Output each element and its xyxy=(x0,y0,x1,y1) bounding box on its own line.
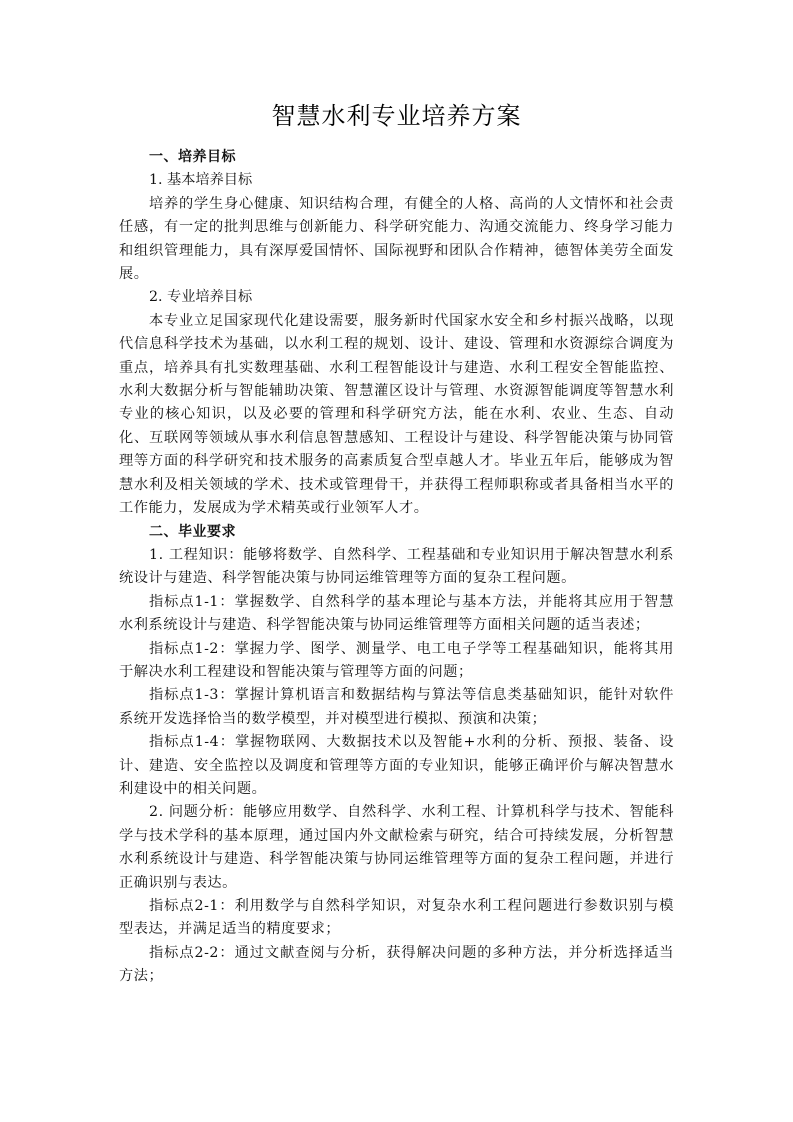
document-page: 智慧水利专业培养方案 一、培养目标 1. 基本培养目标 培养的学生身心健康、知识… xyxy=(119,100,674,989)
paragraph-professional-goals: 本专业立足国家现代化建设需要，服务新时代国家水安全和乡村振兴战略，以现代信息科学… xyxy=(119,310,674,521)
subheading-professional-goals: 2. 专业培养目标 xyxy=(119,286,674,309)
indicator-1-3: 指标点1-3：掌握计算机语言和数据结构与算法等信息类基础知识，能针对软件系统开发… xyxy=(119,684,674,731)
indicator-1-4: 指标点1-4：掌握物联网、大数据技术以及智能+水利的分析、预报、装备、设计、建造… xyxy=(119,731,674,801)
paragraph-problem-analysis: 2. 问题分析：能够应用数学、自然科学、水利工程、计算机科学与技术、智能科学与技… xyxy=(119,801,674,895)
section-heading-graduation-requirements: 二、毕业要求 xyxy=(119,521,674,544)
subheading-basic-goals: 1. 基本培养目标 xyxy=(119,169,674,192)
paragraph-engineering-knowledge: 1. 工程知识：能够将数学、自然科学、工程基础和专业知识用于解决智慧水利系统设计… xyxy=(119,544,674,591)
indicator-2-2: 指标点2-2：通过文献查阅与分析，获得解决问题的多种方法，并分析选择适当方法； xyxy=(119,942,674,989)
document-title: 智慧水利专业培养方案 xyxy=(119,100,674,132)
indicator-1-1: 指标点1-1：掌握数学、自然科学的基本理论与基本方法，并能将其应用于智慧水利系统… xyxy=(119,591,674,638)
indicator-2-1: 指标点2-1：利用数学与自然科学知识，对复杂水利工程问题进行参数识别与模型表达，… xyxy=(119,895,674,942)
paragraph-basic-goals: 培养的学生身心健康、知识结构合理，有健全的人格、高尚的人文情怀和社会责任感，有一… xyxy=(119,193,674,287)
section-heading-training-goals: 一、培养目标 xyxy=(119,146,674,169)
indicator-1-2: 指标点1-2：掌握力学、图学、测量学、电工电子学等工程基础知识，能将其用于解决水… xyxy=(119,638,674,685)
